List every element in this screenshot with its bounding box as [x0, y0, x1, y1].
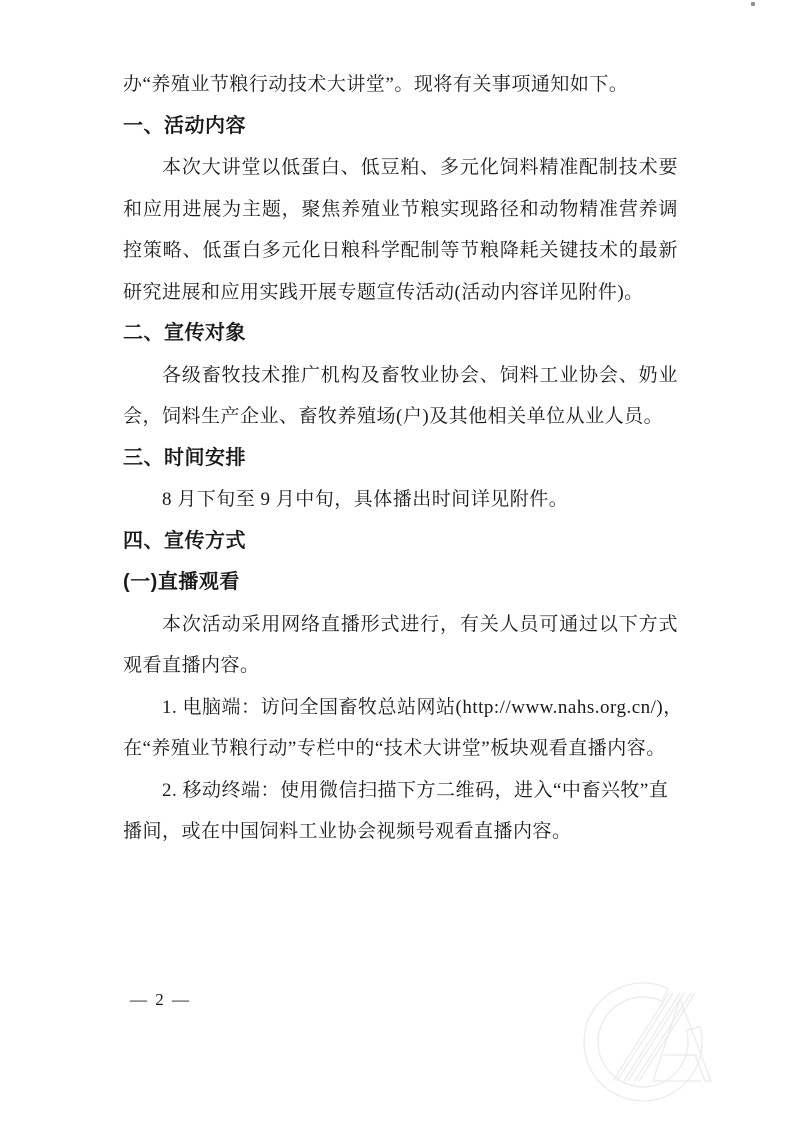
body-line: 在“养殖业节粮行动”专栏中的“技术大讲堂”板块观看直播内容。: [123, 728, 678, 770]
body-line: 本次大讲堂以低蛋白、低豆粕、多元化饲料精准配制技术要点: [123, 147, 678, 189]
body-line: 控策略、低蛋白多元化日粮科学配制等节粮降耗关键技术的最新: [123, 230, 678, 272]
body-line: 播间，或在中国饲料工业协会视频号观看直播内容。: [123, 811, 678, 853]
intro-continuation-line: 办“养殖业节粮行动技术大讲堂”。现将有关事项通知如下。: [123, 64, 678, 106]
body-line-mobile-access: 2. 移动终端：使用微信扫描下方二维码，进入“中畜兴牧”直: [123, 770, 678, 812]
body-line: 和应用进展为主题，聚焦养殖业节粮实现路径和动物精准营养调: [123, 189, 678, 231]
page-number: — 2 —: [130, 979, 191, 1021]
body-line: 本次活动采用网络直播形式进行，有关人员可通过以下方式: [123, 604, 678, 646]
heading-publicity-target: 二、宣传对象: [123, 313, 678, 355]
heading-publicity-method: 四、宣传方式: [123, 521, 678, 563]
body-line: 观看直播内容。: [123, 645, 678, 687]
body-line: 8 月下旬至 9 月中旬，具体播出时间详见附件。: [123, 479, 678, 521]
body-line: 会，饲料生产企业、畜牧养殖场(户)及其他相关单位从业人员。: [123, 396, 678, 438]
subheading-live-viewing: (一)直播观看: [123, 562, 678, 604]
document-page-body: 办“养殖业节粮行动技术大讲堂”。现将有关事项通知如下。 一、活动内容 本次大讲堂…: [123, 64, 678, 853]
ca-association-logo-watermark-icon: [583, 975, 717, 1109]
body-line-pc-access: 1. 电脑端：访问全国畜牧总站网站(http://www.nahs.org.cn…: [123, 687, 678, 729]
heading-activity-content: 一、活动内容: [123, 106, 678, 148]
body-line: 研究进展和应用实践开展专题宣传活动(活动内容详见附件)。: [123, 272, 678, 314]
scan-artifact-speck: [751, 2, 755, 6]
body-line: 各级畜牧技术推广机构及畜牧业协会、饲料工业协会、奶业协: [123, 355, 678, 397]
heading-time-schedule: 三、时间安排: [123, 438, 678, 480]
